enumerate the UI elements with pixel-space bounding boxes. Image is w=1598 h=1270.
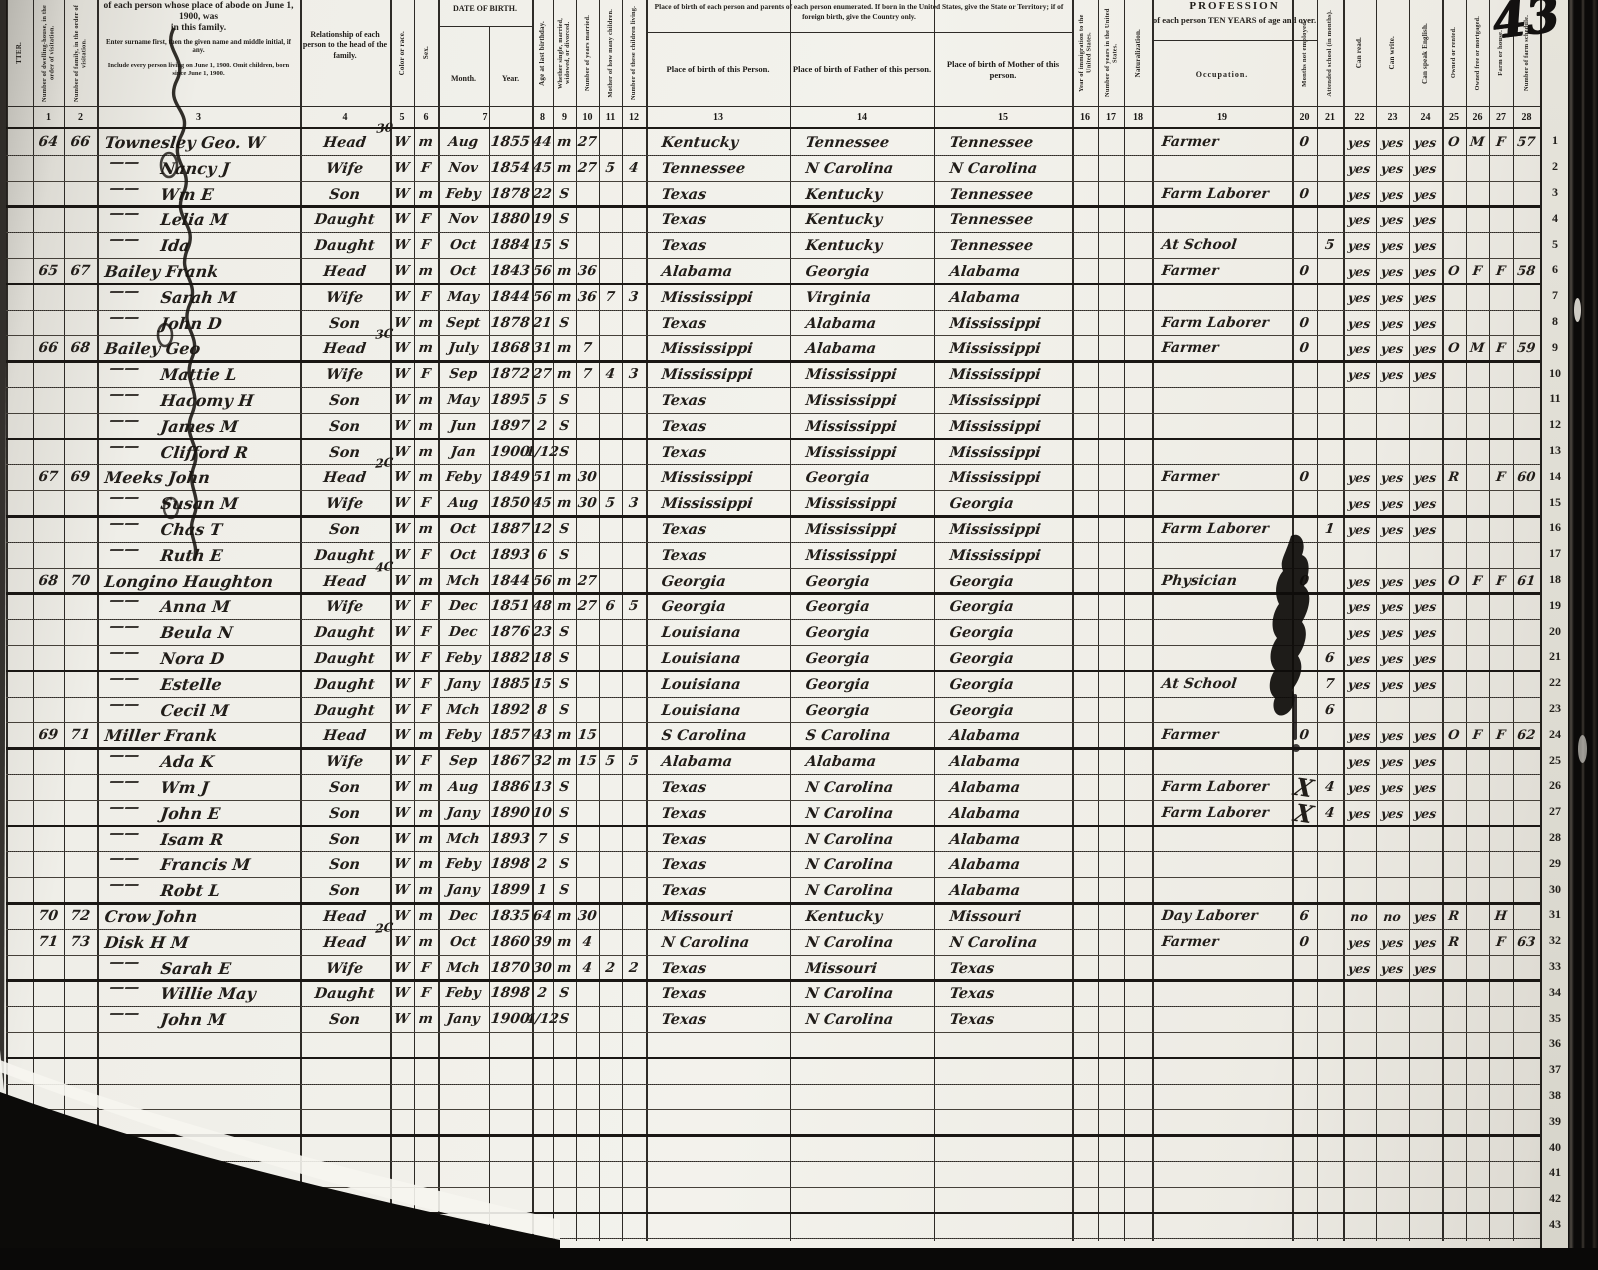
cell-occ: At School <box>1150 667 1304 697</box>
line-number: 21 <box>1542 644 1568 670</box>
ditto-dash: —— <box>108 693 141 717</box>
line-number: 3 <box>1542 180 1568 206</box>
cell-mne: 0 <box>1290 177 1319 207</box>
header-occupation: Occupation. <box>1152 70 1292 79</box>
row-rule-heavy <box>6 1134 1568 1137</box>
line-number: 7 <box>1542 283 1568 309</box>
header-free-mortgaged: Owned free or mortgaged. <box>1466 0 1489 106</box>
cell-sch: 1 <box>1315 512 1345 542</box>
line-number: 25 <box>1542 747 1568 773</box>
line-number: 35 <box>1542 1005 1568 1031</box>
column-number-17: 17 <box>1098 108 1124 127</box>
header-family-number: Number of family, in the order of visita… <box>64 0 97 106</box>
header-dob-month: Month. <box>438 74 489 83</box>
cell-occ: Farmer <box>1150 925 1304 955</box>
header-years-in-us: Number of years in the United States. <box>1098 0 1124 106</box>
column-number-12: 12 <box>622 108 646 127</box>
ditto-dash: —— <box>108 641 141 665</box>
ditto-dash: —— <box>108 976 141 1000</box>
cell-fs: 63 <box>1511 925 1542 955</box>
header-pob-father: Place of birth of Father of this person. <box>790 40 934 100</box>
cell-eng: yes <box>1407 951 1444 981</box>
header-can-speak-english: Can speak English. <box>1409 0 1442 106</box>
header-years-married: Number of years married. <box>576 0 599 106</box>
cell-eng: yes <box>1407 512 1444 542</box>
ditto-dash: —— <box>108 435 141 459</box>
line-number: 8 <box>1542 309 1568 335</box>
line-number: 43 <box>1542 1212 1568 1238</box>
cell-occ: Physician <box>1150 564 1304 594</box>
cell-d: 64 <box>31 125 66 155</box>
cell-pobf: N Carolina <box>788 1002 952 1032</box>
line-number: 17 <box>1542 541 1568 567</box>
ditto-dash: —— <box>108 822 141 846</box>
header-color-race: Color or race. <box>390 0 414 106</box>
cell-eng: yes <box>1407 667 1444 697</box>
header-relationship: Relationship of each person to the head … <box>302 30 388 61</box>
column-rule <box>1124 0 1125 1241</box>
cell-write: yes <box>1374 951 1411 981</box>
ditto-dash: —— <box>108 796 141 820</box>
cell-mne: 0 <box>1290 460 1319 490</box>
cell-mar: S <box>551 1002 578 1032</box>
page-curl-shadow <box>0 1092 560 1270</box>
cell-d: 65 <box>31 254 66 284</box>
cell-occ: Farm Laborer <box>1150 512 1304 542</box>
cell-read: yes <box>1341 796 1378 826</box>
ditto-dash: —— <box>108 873 141 897</box>
ditto-dash: —— <box>108 409 141 433</box>
line-number: 2 <box>1542 154 1568 180</box>
cell-own: R <box>1440 925 1468 955</box>
row-rule-heavy <box>6 1057 1568 1060</box>
column-rule <box>1466 0 1467 1241</box>
line-number: 41 <box>1542 1160 1568 1186</box>
line-number: 9 <box>1542 334 1568 360</box>
cell-read: yes <box>1341 512 1378 542</box>
ditto-dash: —— <box>108 615 141 639</box>
line-number: 42 <box>1542 1186 1568 1212</box>
cell-read: yes <box>1341 951 1378 981</box>
column-rule <box>6 0 8 1241</box>
header-owned-rented: Owned or rented. <box>1442 0 1466 106</box>
line-number: 15 <box>1542 489 1568 515</box>
header-can-write: Can write. <box>1376 0 1409 106</box>
cell-mne: 0 <box>1290 718 1319 748</box>
ditto-dash: —— <box>108 177 141 201</box>
line-number: 24 <box>1542 721 1568 747</box>
ditto-dash: —— <box>108 280 141 304</box>
column-rule <box>1513 0 1514 1241</box>
cell-occ: Farmer <box>1150 718 1304 748</box>
header-colA: TTER. <box>6 0 33 106</box>
ditto-dash: —— <box>108 383 141 407</box>
line-number: 23 <box>1542 696 1568 722</box>
line-number: 26 <box>1542 773 1568 799</box>
cell-mne: 0 <box>1290 331 1319 361</box>
line-number: 38 <box>1542 1083 1568 1109</box>
header-naturalization: Naturalization. <box>1124 0 1152 106</box>
row-rule <box>6 1109 1540 1110</box>
cell-write: yes <box>1374 357 1411 387</box>
line-number: 32 <box>1542 928 1568 954</box>
line-number: 33 <box>1542 954 1568 980</box>
header-age: Age at last birthday. <box>532 0 553 106</box>
column-rule <box>64 0 65 1241</box>
header-dwelling-number: Number of dwelling-house, in the order o… <box>33 0 64 106</box>
cell-write: yes <box>1374 796 1411 826</box>
cell-f: 69 <box>62 460 99 490</box>
line-number: 34 <box>1542 979 1568 1005</box>
header-immigration-year: Year of immigration to the United States… <box>1072 0 1098 106</box>
line-number: 31 <box>1542 902 1568 928</box>
cell-eng: yes <box>1407 796 1444 826</box>
line-number: 18 <box>1542 567 1568 593</box>
line-number: 5 <box>1542 231 1568 257</box>
cell-occ: Farm Laborer <box>1150 177 1304 207</box>
cell-f: 73 <box>62 925 99 955</box>
cell-sch: 6 <box>1315 693 1345 723</box>
line-number: 14 <box>1542 463 1568 489</box>
line-number: 30 <box>1542 876 1568 902</box>
line-number: 10 <box>1542 360 1568 386</box>
line-number: 40 <box>1542 1134 1568 1160</box>
column-rule <box>1489 0 1490 1241</box>
cell-pobm: Texas <box>932 1002 1090 1032</box>
ditto-dash: —— <box>108 357 141 381</box>
line-number: 27 <box>1542 799 1568 825</box>
ditto-dash: —— <box>108 589 141 613</box>
bottom-edge <box>0 1248 1598 1270</box>
line-number: 39 <box>1542 1108 1568 1134</box>
header-sex: Sex. <box>414 0 438 106</box>
ditto-dash: —— <box>108 512 141 536</box>
cell-d: 71 <box>31 925 66 955</box>
ditto-dash: —— <box>108 228 141 252</box>
line-number: 19 <box>1542 592 1568 618</box>
header-dob-year: Year. <box>489 74 532 83</box>
row-rule-heavy <box>6 1212 1568 1215</box>
header-marital: Whether single, married, widowed, or div… <box>553 0 576 106</box>
header-pob-person: Place of birth of this Person. <box>646 40 790 100</box>
ditto-dash: —— <box>108 1002 141 1026</box>
column-number-21: 21 <box>1317 108 1343 127</box>
cell-fs: 58 <box>1511 254 1542 284</box>
line-number: 13 <box>1542 438 1568 464</box>
line-number: 20 <box>1542 618 1568 644</box>
header-children-living: Number of these children living. <box>622 0 646 106</box>
sheet-number-handwritten: 43 <box>1489 0 1562 50</box>
cell-occ: Farmer <box>1150 125 1304 155</box>
cell-mne: 0 <box>1290 125 1319 155</box>
cell-fs: 62 <box>1511 718 1542 748</box>
line-number: 12 <box>1542 412 1568 438</box>
header-pob-mother: Place of birth of Mother of this person. <box>934 40 1072 100</box>
cell-mne: 0 <box>1290 925 1319 955</box>
line-number: 4 <box>1542 205 1568 231</box>
cell-occ: Farmer <box>1150 331 1304 361</box>
cell-rel: Son <box>298 1002 392 1032</box>
cell-sch: 5 <box>1315 228 1345 258</box>
ditto-dash: —— <box>108 202 141 226</box>
header-dob-title: DATE OF BIRTH. <box>438 4 532 13</box>
cell-pob: Texas <box>644 1002 808 1032</box>
cell-eng: yes <box>1407 357 1444 387</box>
line-number-strip: 1234567891011121314151617181920212223242… <box>1540 0 1570 1248</box>
cell-d: 67 <box>31 460 66 490</box>
header-pob-note: Place of birth of each person and parent… <box>650 2 1068 21</box>
column-rule <box>1098 0 1099 1241</box>
ditto-dash: —— <box>108 151 141 175</box>
cell-mne: 0 <box>1290 254 1319 284</box>
ditto-dash: —— <box>108 744 141 768</box>
header-mother-of: Mother of how many children. <box>599 0 622 106</box>
column-rule <box>622 0 623 1241</box>
cell-mne: 0 <box>1290 564 1319 594</box>
cell-write: yes <box>1374 667 1411 697</box>
line-number: 37 <box>1542 1057 1568 1083</box>
line-number: 1 <box>1542 128 1568 154</box>
cell-f: 71 <box>62 718 99 748</box>
row-rule <box>6 1032 1540 1033</box>
ditto-dash: —— <box>108 847 141 871</box>
cell-d: 69 <box>31 718 66 748</box>
census-schedule-page: TTER. Number of dwelling-house, in the o… <box>0 0 1598 1270</box>
line-number: 29 <box>1542 850 1568 876</box>
header-name-note1: Enter surname first, then the given name… <box>101 38 296 55</box>
cell-own: R <box>1440 460 1468 490</box>
cell-f: 67 <box>62 254 99 284</box>
row-rule-dotted <box>6 1161 1540 1162</box>
header-can-read: Can read. <box>1343 0 1376 106</box>
line-number: 22 <box>1542 670 1568 696</box>
column-rule <box>33 0 34 1241</box>
ditto-dash: —— <box>108 306 141 330</box>
cell-occ: Farmer <box>1150 254 1304 284</box>
cell-occ: Farm Laborer <box>1150 796 1304 826</box>
ditto-dash: —— <box>108 951 141 975</box>
line-number: 6 <box>1542 257 1568 283</box>
column-number-11: 11 <box>599 108 622 127</box>
cell-fs: 61 <box>1511 564 1542 594</box>
cell-d: 66 <box>31 331 66 361</box>
ditto-dash: —— <box>108 770 141 794</box>
cell-occ: Farmer <box>1150 460 1304 490</box>
row-rule <box>6 1187 1540 1188</box>
row-rule-dotted <box>6 1238 1540 1239</box>
cell-f: 70 <box>62 564 99 594</box>
cell-read: yes <box>1341 667 1378 697</box>
line-number: 16 <box>1542 515 1568 541</box>
ditto-dash: —— <box>108 667 141 691</box>
cell-d: 68 <box>31 564 66 594</box>
header-name-note2: Include every person living on June 1, 1… <box>101 62 296 78</box>
line-number: 11 <box>1542 386 1568 412</box>
column-number-18: 18 <box>1124 108 1152 127</box>
cell-bmonth: Jany <box>436 1002 491 1032</box>
ditto-dash: —— <box>108 486 141 510</box>
header-name: of each person whose place of abode on J… <box>97 1 300 34</box>
line-number: 36 <box>1542 1031 1568 1057</box>
row-rule-dotted <box>6 1084 1540 1085</box>
ditto-dash: —— <box>108 538 141 562</box>
book-edge <box>1568 0 1598 1270</box>
cell-fs: 60 <box>1511 460 1542 490</box>
cell-fs: 57 <box>1511 125 1542 155</box>
cell-f: 68 <box>62 331 99 361</box>
cell-read: yes <box>1341 357 1378 387</box>
column-rule <box>599 0 600 1241</box>
line-number: 28 <box>1542 825 1568 851</box>
cell-fs: 59 <box>1511 331 1542 361</box>
header-months-not-employed: Months not employed. <box>1292 0 1317 106</box>
header-attended-school: Attended school (in months). <box>1317 0 1343 106</box>
cell-f: 66 <box>62 125 99 155</box>
cell-write: yes <box>1374 512 1411 542</box>
